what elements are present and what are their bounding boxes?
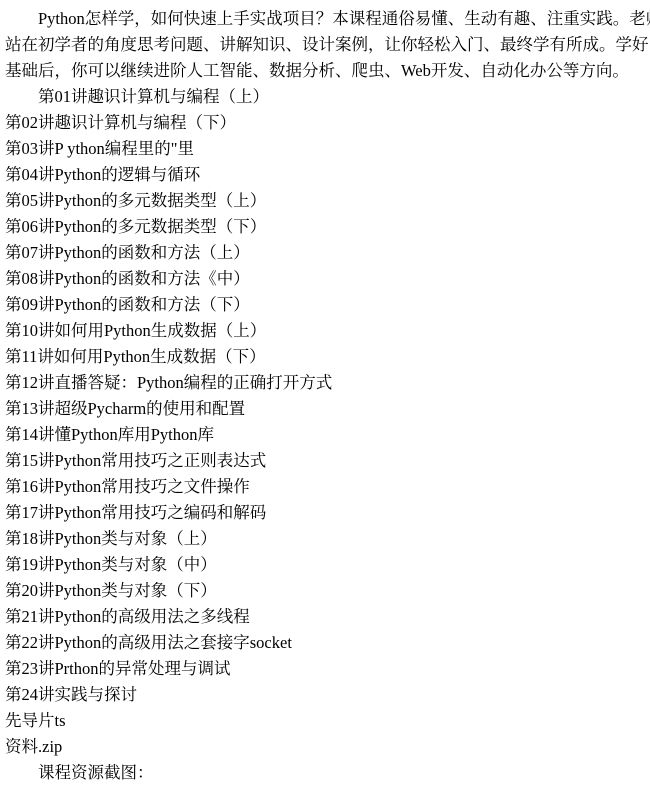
- course-item: 第03讲P ython编程里的"里: [5, 136, 634, 162]
- course-item: 第19讲Python类与对象（中）: [5, 552, 634, 578]
- course-item: 第18讲Python类与对象（上）: [5, 526, 634, 552]
- intro-line: 基础后，你可以继续进阶人工智能、数据分析、爬虫、Web开发、自动化办公等方向。: [5, 58, 634, 84]
- course-item: 第02讲趣识计算机与编程（下）: [5, 110, 634, 136]
- course-item: 第07讲Python的函数和方法（上）: [5, 240, 634, 266]
- course-item: 第17讲Python常用技巧之编码和解码: [5, 500, 634, 526]
- course-item: 先导片ts: [5, 708, 634, 734]
- course-item: 第04讲Python的逻辑与循环: [5, 162, 634, 188]
- course-item: 第05讲Python的多元数据类型（上）: [5, 188, 634, 214]
- course-item: 第12讲直播答疑：Python编程的正确打开方式: [5, 370, 634, 396]
- course-item: 第16讲Python常用技巧之文件操作: [5, 474, 634, 500]
- course-item: 第21讲Python的高级用法之多线程: [5, 604, 634, 630]
- resource-caption: 课程资源截图：: [5, 760, 634, 786]
- course-item: 第01讲趣识计算机与编程（上）: [5, 84, 634, 110]
- course-item: 第09讲Python的函数和方法（下）: [5, 292, 634, 318]
- course-list: 第01讲趣识计算机与编程（上） 第02讲趣识计算机与编程（下） 第03讲P yt…: [5, 84, 634, 760]
- course-item: 资料.zip: [5, 734, 634, 760]
- course-item: 第15讲Python常用技巧之正则表达式: [5, 448, 634, 474]
- course-item: 第08讲Python的函数和方法《中）: [5, 266, 634, 292]
- intro-paragraph: Python怎样学，如何快速上手实战项目？本课程通俗易懂、生动有趣、注重实践。老…: [5, 6, 634, 84]
- course-item: 第10讲如何用Python生成数据（上）: [5, 318, 634, 344]
- course-item: 第06讲Python的多元数据类型（下）: [5, 214, 634, 240]
- course-item: 第11讲如何用Python生成数据（下）: [5, 344, 634, 370]
- course-item: 第23讲Prthon的异常处理与调试: [5, 656, 634, 682]
- intro-line: Python怎样学，如何快速上手实战项目？本课程通俗易懂、生动有趣、注重实践。老…: [5, 6, 634, 32]
- course-item: 第24讲实践与探讨: [5, 682, 634, 708]
- course-item: 第22讲Python的高级用法之套接字socket: [5, 630, 634, 656]
- intro-line: 站在初学者的角度思考问题、讲解知识、设计案例，让你轻松入门、最终学有所成。学好: [5, 32, 634, 58]
- course-item: 第20讲Python类与对象（下）: [5, 578, 634, 604]
- course-item: 第13讲超级Pycharm的使用和配置: [5, 396, 634, 422]
- document-body: Python怎样学，如何快速上手实战项目？本课程通俗易懂、生动有趣、注重实践。老…: [0, 0, 650, 786]
- course-item: 第14讲懂Python库用Python库: [5, 422, 634, 448]
